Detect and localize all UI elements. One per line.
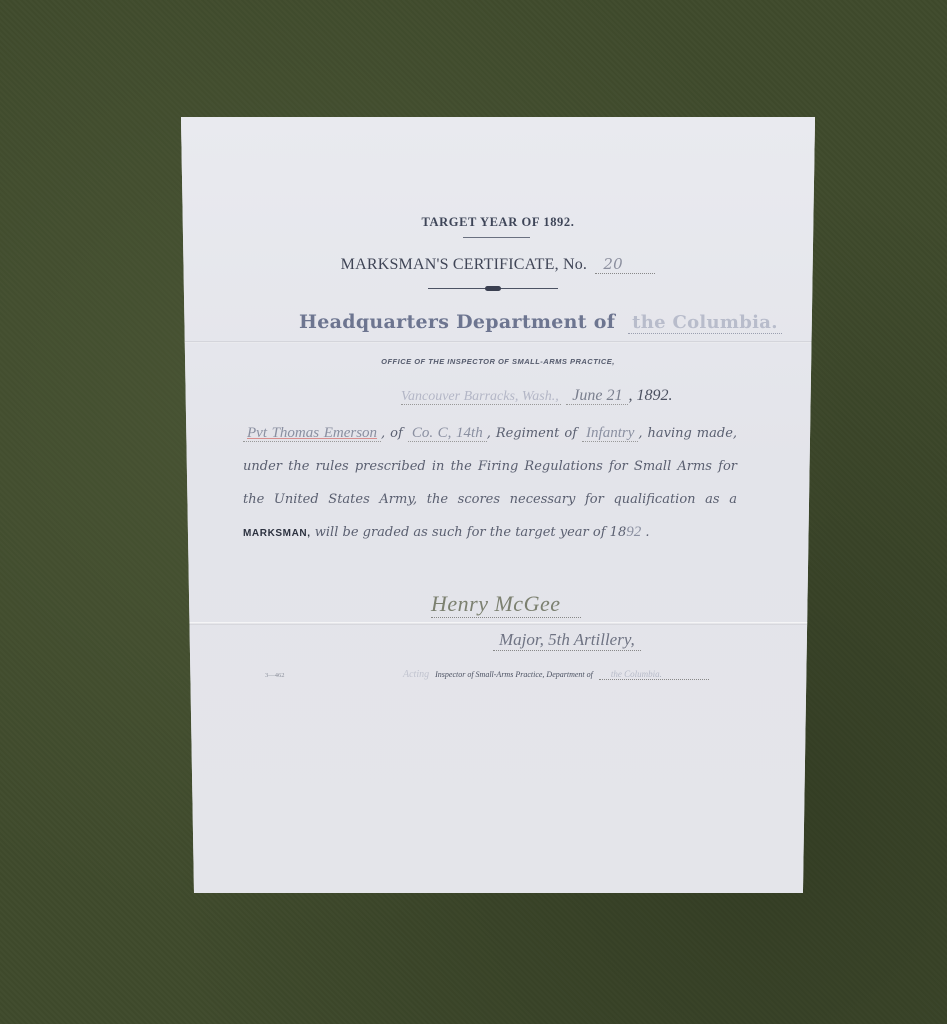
inspector-department: the Columbia. <box>599 669 709 680</box>
inspector-title: Inspector of Small-Arms Practice, Depart… <box>435 670 593 679</box>
certificate-label: MARKSMAN'S CERTIFICATE, No. <box>341 256 587 273</box>
soldier-name: Pvt Thomas Emerson <box>243 425 381 442</box>
signer-rank: Major, 5th Artillery, <box>493 630 641 651</box>
department-name: the Columbia. <box>628 312 782 334</box>
place-date-line: Vancouver Barracks, Wash., June 21, 1892… <box>401 387 672 405</box>
certificate-body: Pvt Thomas Emerson, of Co. C, 14th, Regi… <box>243 417 737 550</box>
headquarters-label: Headquarters Department of <box>299 311 615 333</box>
certificate-title: MARKSMAN'S CERTIFICATE, No. 20 <box>181 255 815 274</box>
acting-label: Acting <box>403 669 429 680</box>
arm-of-service: Infantry <box>582 425 638 442</box>
marksman-label: MARKSMAN, <box>243 528 311 539</box>
place: Vancouver Barracks, Wash., <box>401 389 561 405</box>
headquarters-line: Headquarters Department of the Columbia. <box>299 311 782 334</box>
heading-rule <box>463 237 530 238</box>
inspector-line: Acting Inspector of Small-Arms Practice,… <box>403 669 709 680</box>
certificate-number: 20 <box>595 255 655 274</box>
target-year-written: 92 <box>626 524 641 540</box>
company: Co. C, 14th <box>408 425 487 442</box>
form-number: 3—462 <box>265 672 285 679</box>
target-year-heading: TARGET YEAR OF 1892. <box>181 215 815 230</box>
signature: Henry McGee <box>431 591 581 618</box>
date: June 21 <box>566 387 628 405</box>
year: , 1892. <box>628 387 672 404</box>
office-line: OFFICE OF THE INSPECTOR OF SMALL-ARMS PR… <box>181 357 815 366</box>
fold-line-upper <box>181 341 815 343</box>
ornament-divider <box>428 286 558 292</box>
fold-line-lower <box>181 622 815 625</box>
certificate-paper: TARGET YEAR OF 1892. MARKSMAN'S CERTIFIC… <box>181 117 815 893</box>
